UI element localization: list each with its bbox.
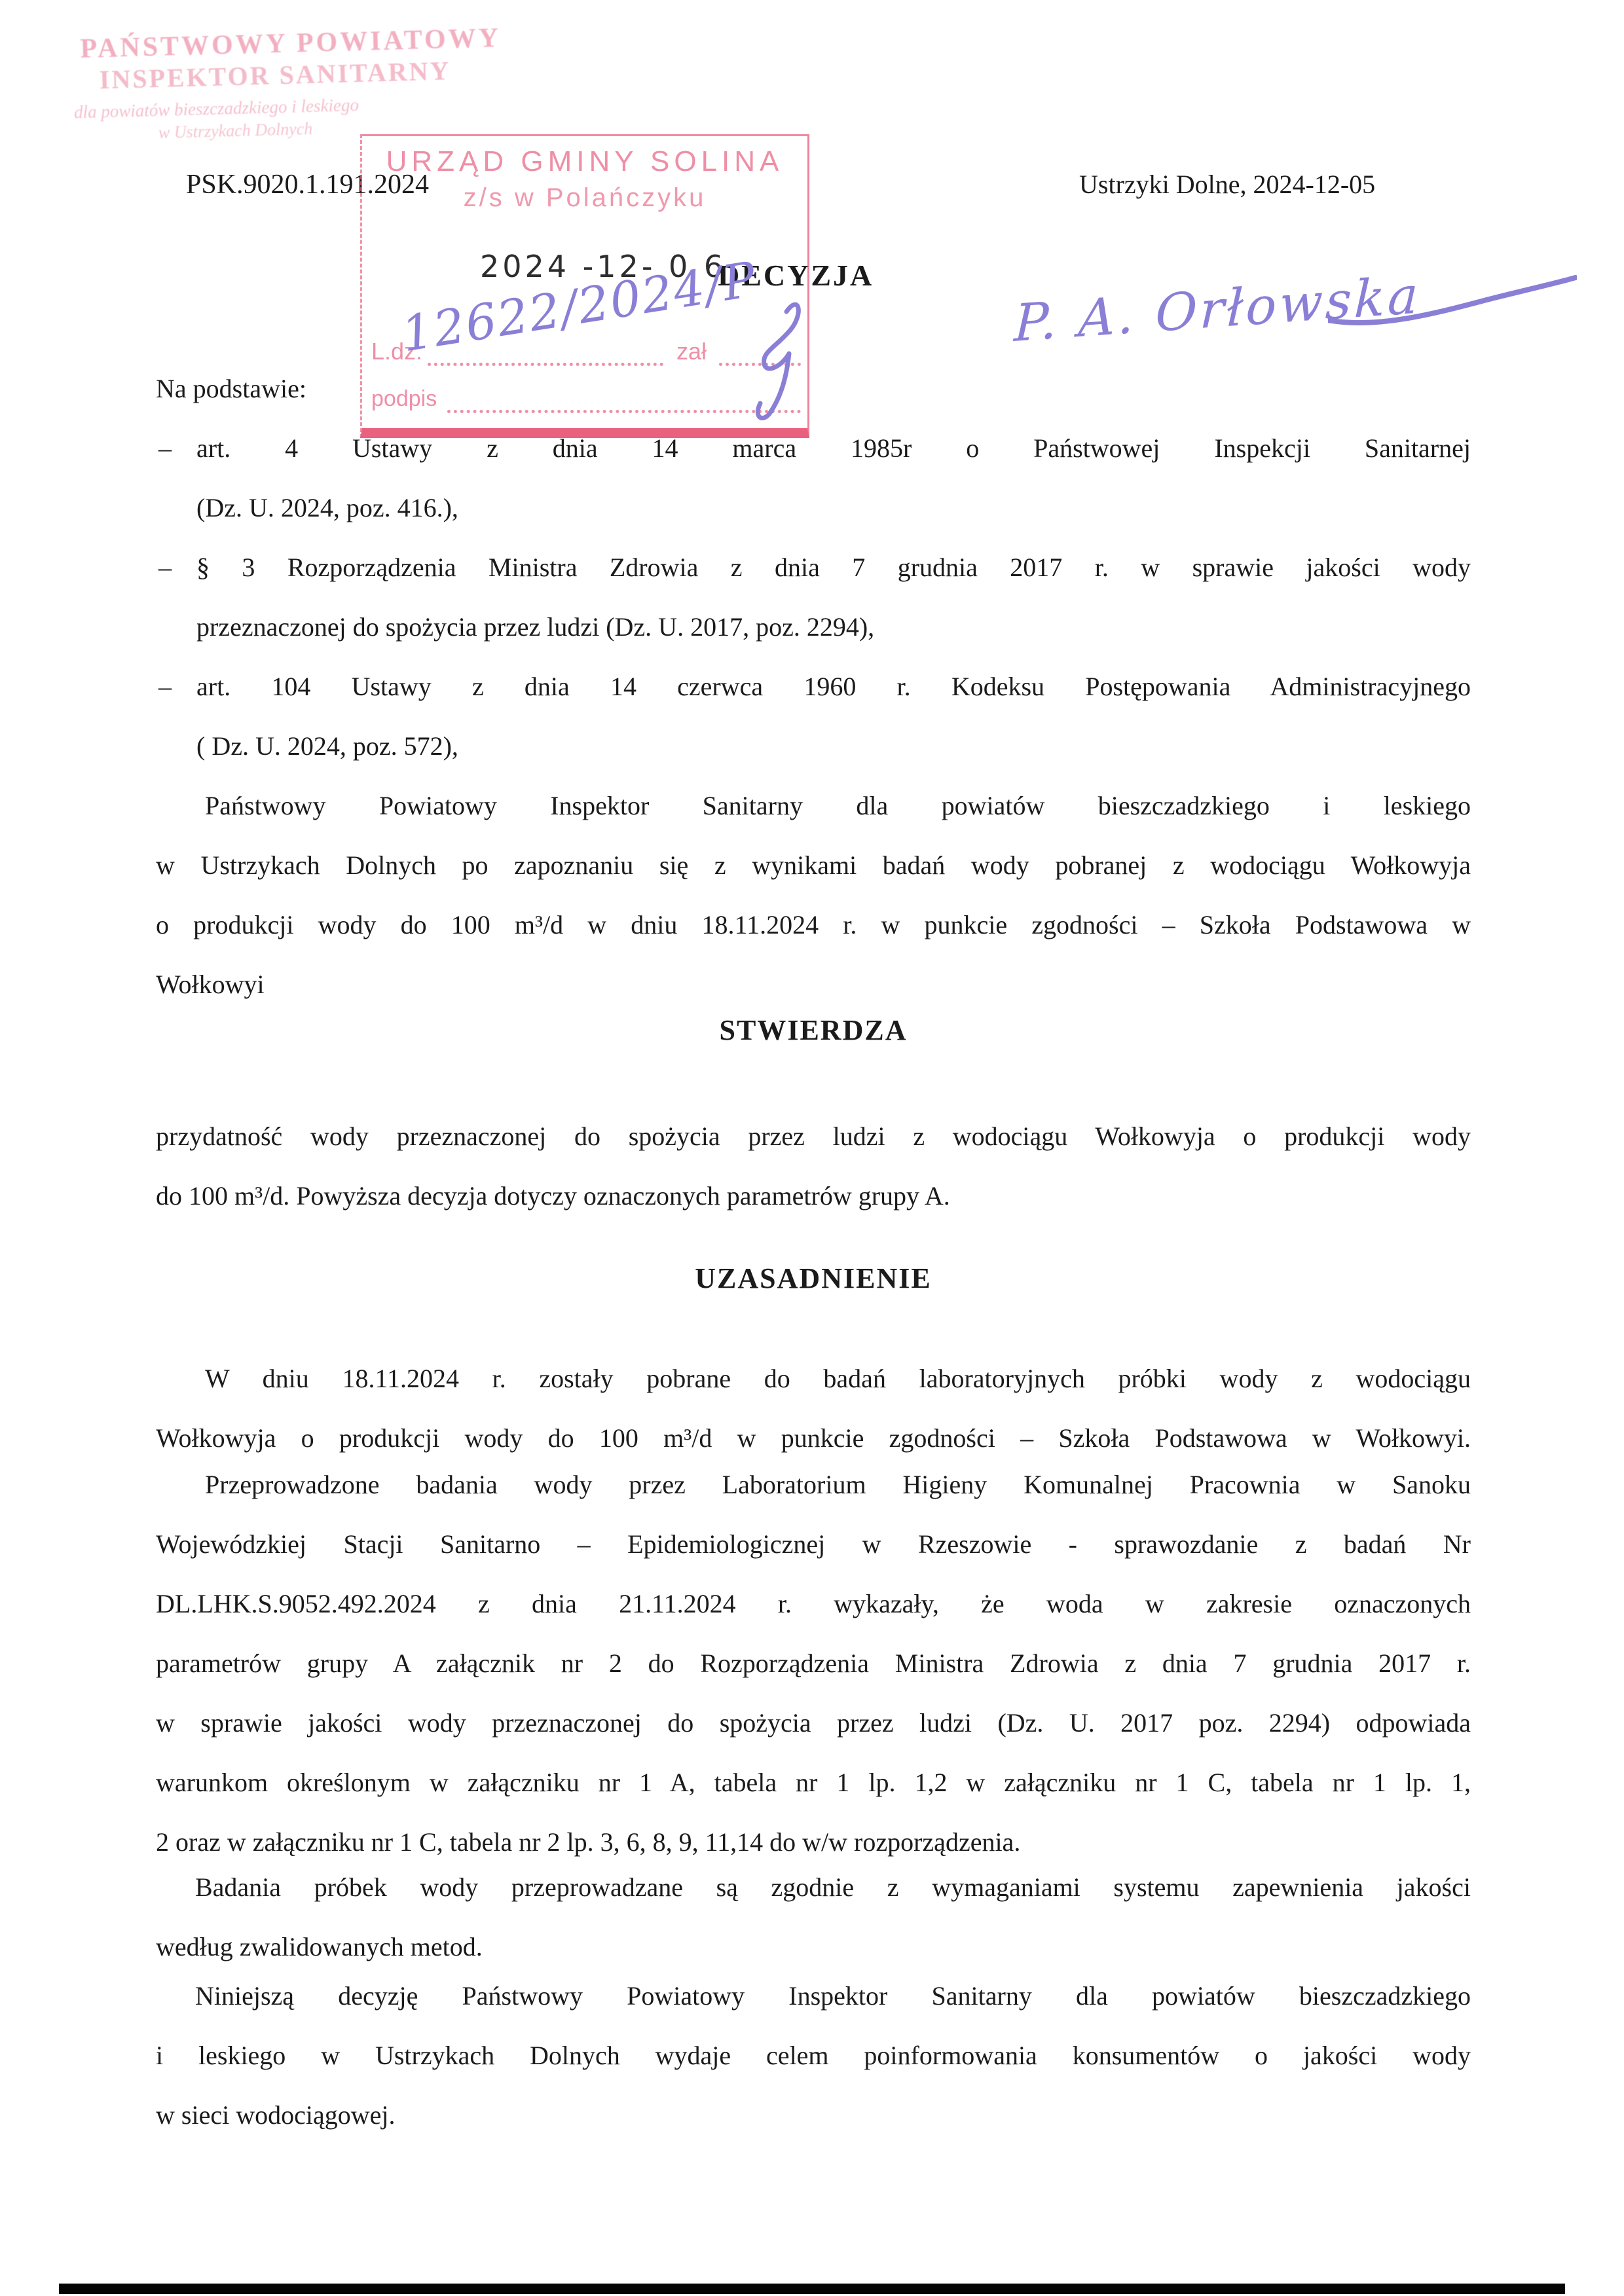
paragraph-line: warunkom określonym w załączniku nr 1 A,…	[156, 1753, 1471, 1812]
heading-uzasadnienie: UZASADNIENIE	[156, 1248, 1471, 1308]
legal-basis-line: ( Dz. U. 2024, poz. 572),	[196, 716, 1471, 776]
paragraph-line: przydatność wody przeznaczonej do spożyc…	[156, 1106, 1471, 1166]
signature-flourish	[1328, 258, 1577, 337]
paragraph-line: Państwowy Powiatowy Inspektor Sanitarny …	[156, 776, 1471, 835]
paragraph-line: W dniu 18.11.2024 r. zostały pobrane do …	[156, 1349, 1471, 1408]
results-paragraph: Przeprowadzone badania wody przez Labora…	[156, 1455, 1471, 1872]
paragraph-line: Wojewódzkiej Stacji Sanitarno – Epidemio…	[156, 1514, 1471, 1574]
legal-basis-line: art. 104 Ustawy z dnia 14 czerwca 1960 r…	[196, 657, 1471, 716]
place-and-date: Ustrzyki Dolne, 2024-12-05	[1079, 169, 1375, 200]
paragraph-line: w Ustrzykach Dolnych po zapoznaniu się z…	[156, 835, 1471, 895]
document-page: PAŃSTWOWY POWIATOWY INSPEKTOR SANITARNY …	[0, 0, 1624, 2296]
paragraph-line: o produkcji wody do 100 m³/d w dniu 18.1…	[156, 895, 1471, 955]
opening-paragraph: Państwowy Powiatowy Inspektor Sanitarny …	[156, 776, 1471, 1014]
paragraph-line: i leskiego w Ustrzykach Dolnych wydaje c…	[156, 2026, 1471, 2085]
purpose-paragraph: Niniejszą decyzję Państwowy Powiatowy In…	[156, 1966, 1471, 2145]
intro-label: Na podstawie:	[156, 359, 1471, 418]
quality-paragraph: Badania próbek wody przeprowadzane są zg…	[156, 1857, 1471, 1977]
legal-basis-line: art. 4 Ustawy z dnia 14 marca 1985r o Pa…	[196, 418, 1471, 478]
paragraph-line: Przeprowadzone badania wody przez Labora…	[156, 1455, 1471, 1514]
sampling-paragraph: W dniu 18.11.2024 r. zostały pobrane do …	[156, 1349, 1471, 1468]
decision-paragraph: przydatność wody przeznaczonej do spożyc…	[156, 1106, 1471, 1226]
legal-basis-item: – art. 4 Ustawy z dnia 14 marca 1985r o …	[156, 418, 1471, 538]
paragraph-line: parametrów grupy A załącznik nr 2 do Roz…	[156, 1633, 1471, 1693]
heading-stwierdza: STWIERDZA	[156, 1000, 1471, 1060]
paragraph-line: w sprawie jakości wody przeznaczonej do …	[156, 1693, 1471, 1753]
document-body: Na podstawie: – art. 4 Ustawy z dnia 14 …	[156, 359, 1471, 2145]
paragraph-line: Niniejszą decyzję Państwowy Powiatowy In…	[156, 1966, 1471, 2026]
list-dash: –	[158, 657, 172, 716]
legal-basis-item: – § 3 Rozporządzenia Ministra Zdrowia z …	[156, 538, 1471, 657]
legal-basis-item: – art. 104 Ustawy z dnia 14 czerwca 1960…	[156, 657, 1471, 776]
paragraph-line: Badania próbek wody przeprowadzane są zg…	[156, 1857, 1471, 1917]
list-dash: –	[158, 538, 172, 597]
legal-basis-line: (Dz. U. 2024, poz. 416.),	[196, 478, 1471, 538]
legal-basis-line: przeznaczonej do spożycia przez ludzi (D…	[196, 597, 1471, 657]
scan-artifact-bar	[59, 2284, 1565, 2294]
paragraph-line: w sieci wodociągowej.	[156, 2085, 1471, 2145]
registry-stamp-office-location: z/s w Polańczyku	[362, 183, 807, 213]
inspector-stamp: PAŃSTWOWY POWIATOWY INSPEKTOR SANITARNY …	[71, 22, 545, 145]
list-dash: –	[158, 418, 172, 478]
paragraph-line: do 100 m³/d. Powyższa decyzja dotyczy oz…	[156, 1166, 1471, 1226]
legal-basis-line: § 3 Rozporządzenia Ministra Zdrowia z dn…	[196, 538, 1471, 597]
paragraph-line: DL.LHK.S.9052.492.2024 z dnia 21.11.2024…	[156, 1574, 1471, 1633]
registry-stamp-office-name: URZĄD GMINY SOLINA	[362, 145, 807, 178]
